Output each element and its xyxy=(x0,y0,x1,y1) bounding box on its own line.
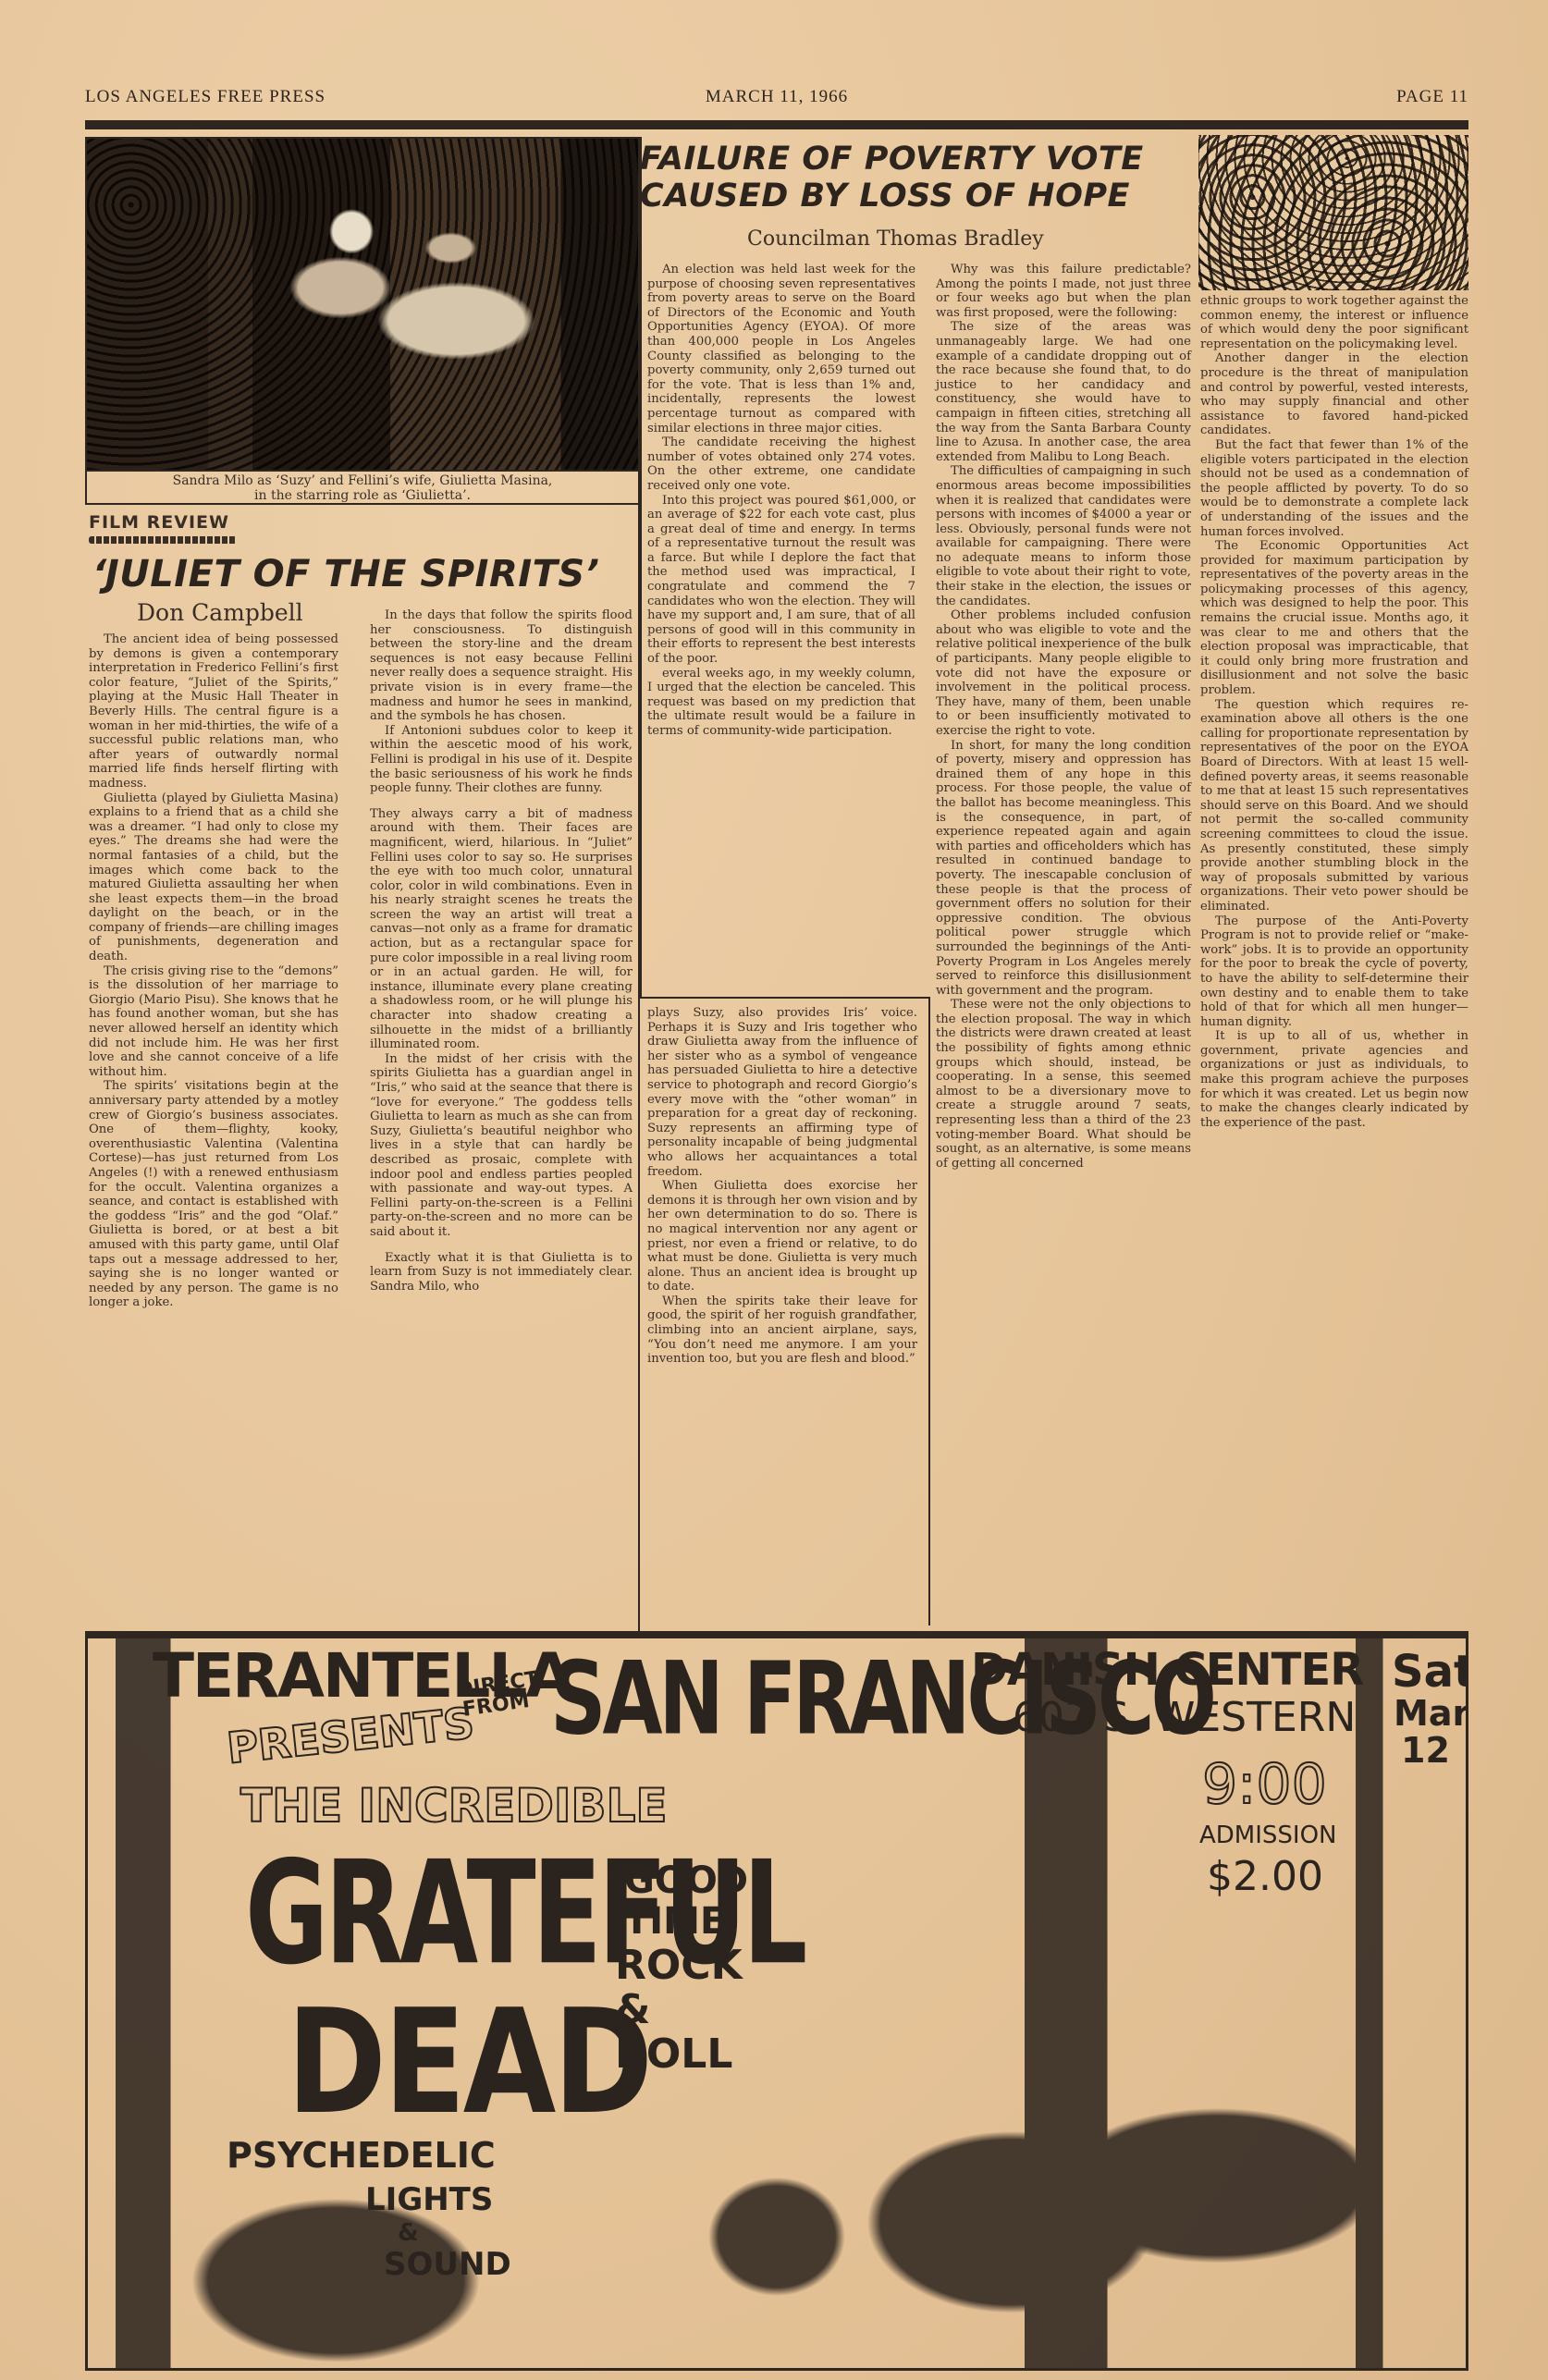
paragraph: In the days that follow the spirits floo… xyxy=(370,608,633,724)
poverty-column-3: ethnic groups to work together against t… xyxy=(1200,294,1468,1130)
paragraph: The candidate receiving the highest numb… xyxy=(647,436,915,493)
column-rule xyxy=(640,137,642,997)
ad-ampersand: & xyxy=(398,2221,419,2245)
paragraph: Other problems included confusion about … xyxy=(936,608,1191,738)
paragraph: Giulietta (played by Giulietta Masina) e… xyxy=(89,791,338,964)
film-review-column-3: plays Suzy, also provides Iris’ voice. P… xyxy=(647,1006,917,1367)
abstract-swirl-illustration xyxy=(1198,135,1468,290)
paragraph: They always carry a bit of madness aroun… xyxy=(370,807,633,1052)
paragraph: The crisis giving rise to the “demons” i… xyxy=(89,964,338,1080)
paragraph: everal weeks ago, in my weekly column, I… xyxy=(647,667,915,739)
paragraph: The ancient idea of being possessed by d… xyxy=(89,632,338,791)
paragraph: Why was this failure predictable? Among … xyxy=(936,263,1191,320)
paragraph: When Giulietta does exorcise her demons … xyxy=(647,1179,917,1294)
ad-price: $2.00 xyxy=(1207,1857,1323,1897)
paragraph: The spirits’ visitations begin at the an… xyxy=(89,1079,338,1310)
ad-top-rule xyxy=(85,1631,1468,1638)
ad-good-time: GOOD TIME xyxy=(624,1860,781,1942)
caption-line-2: in the starring role as ‘Giulietta’. xyxy=(87,488,638,503)
paragraph: An election was held last week for the p… xyxy=(647,263,915,436)
ad-band-dead: DEAD xyxy=(287,1990,650,2134)
paragraph: The Economic Opportunities Act provided … xyxy=(1200,539,1468,698)
poverty-column-2: Why was this failure predictable? Among … xyxy=(936,263,1191,1171)
ad-rock-roll: ROCK & ROLL xyxy=(615,1944,772,2077)
film-review-byline: Don Campbell xyxy=(137,599,303,626)
paragraph: In short, for many the long condition of… xyxy=(936,739,1191,999)
page-number: PAGE 11 xyxy=(1396,87,1468,107)
ad-psychedelic: PSYCHEDELIC xyxy=(227,2138,496,2173)
caption-line-1: Sandra Milo as ‘Suzy’ and Fellini’s wife… xyxy=(87,473,638,488)
headline-line-1: FAILURE OF POVERTY VOTE xyxy=(640,141,1195,178)
ad-venue: DANISH CENTER xyxy=(971,1648,1363,1692)
paragraph: The purpose of the Anti-Poverty Program … xyxy=(1200,914,1468,1030)
issue-date: MARCH 11, 1966 xyxy=(85,87,1468,107)
ad-admission-label: ADMISSION xyxy=(1199,1823,1337,1847)
paragraph: Another danger in the election procedure… xyxy=(1200,351,1468,438)
paragraph: It is up to all of us, whether in govern… xyxy=(1200,1029,1468,1130)
ad-month: Mar xyxy=(1394,1696,1468,1731)
film-review-column-1: The ancient idea of being possessed by d… xyxy=(89,632,338,1310)
ad-date: 12 xyxy=(1401,1733,1450,1768)
paragraph: In the midst of her crisis with the spir… xyxy=(370,1052,633,1240)
ad-lights: LIGHTS xyxy=(365,2184,493,2215)
paragraph: The difficulties of campaigning in such … xyxy=(936,464,1191,608)
paragraph: plays Suzy, also provides Iris’ voice. P… xyxy=(647,1006,917,1179)
poverty-headline: FAILURE OF POVERTY VOTE CAUSED BY LOSS O… xyxy=(640,141,1195,215)
section-kicker: FILM REVIEW xyxy=(89,512,229,533)
paragraph: If Antonioni subdues color to keep it wi… xyxy=(370,724,633,796)
poverty-column-1: An election was held last week for the p… xyxy=(647,263,915,739)
paragraph: When the spirits take their leave for go… xyxy=(647,1294,917,1367)
ad-address: 607 S. WESTERN xyxy=(1013,1698,1356,1738)
ad-the-incredible: THE INCREDIBLE xyxy=(240,1783,668,1829)
paragraph: The size of the areas was unmanageably l… xyxy=(936,320,1191,464)
film-review-headline: ‘JULIET OF THE SPIRITS’ xyxy=(92,553,638,595)
headline-line-2: CAUSED BY LOSS OF HOPE xyxy=(640,178,1195,215)
film-review-column-2: In the days that follow the spirits floo… xyxy=(370,608,633,1294)
paragraph: ethnic groups to work together against t… xyxy=(1200,294,1468,351)
concert-advertisement: TERANTELLA PRESENTS DIRECT FROM SAN FRAN… xyxy=(85,1638,1468,2371)
paragraph: But the fact that fewer than 1% of the e… xyxy=(1200,438,1468,539)
paragraph: Exactly what it is that Giulietta is to … xyxy=(370,1251,633,1294)
paragraph: Into this project was poured $61,000, or… xyxy=(647,494,915,667)
film-still-photo xyxy=(85,137,640,472)
masthead-rule xyxy=(85,120,1468,129)
ad-time: 9:00 xyxy=(1202,1757,1327,1812)
decorative-squiggle-rule xyxy=(89,536,237,544)
ad-sound: SOUND xyxy=(384,2249,511,2280)
ad-day: Sat xyxy=(1392,1650,1468,1694)
masthead: LOS ANGELES FREE PRESS MARCH 11, 1966 PA… xyxy=(85,87,1468,115)
poverty-byline: Councilman Thomas Bradley xyxy=(747,227,1044,251)
paragraph: These were not the only objections to th… xyxy=(936,998,1191,1171)
photo-caption: Sandra Milo as ‘Suzy’ and Fellini’s wife… xyxy=(85,472,640,505)
paragraph: The question which requires re-examinati… xyxy=(1200,698,1468,914)
